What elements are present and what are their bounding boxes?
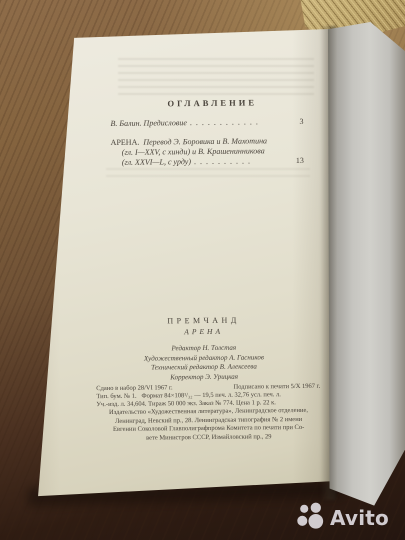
author-name: ПРЕМЧАНД (103, 315, 303, 326)
editorial-credits: Редактор Н. Толстая Художественный редак… (84, 343, 324, 384)
dot-leader: . . . . . . . . . . (191, 156, 296, 167)
avito-wordmark: Avito (330, 506, 389, 530)
avito-logo-icon (296, 502, 325, 534)
table-of-contents: В. Балин. Предисловие . . . . . . . . . … (110, 117, 304, 168)
colophon-title-block: ПРЕМЧАНД АРЕНА (103, 315, 303, 337)
dot-leader: . . . . . . . . . . . . (187, 117, 300, 128)
toc-entry-label: В. Балин. Предисловие (110, 118, 187, 129)
book-photo: ОГЛАВЛЕНИЕ В. Балин. Предисловие . . . .… (0, 0, 405, 540)
contents-heading: ОГЛАВЛЕНИЕ (112, 97, 312, 109)
toc-entry: (гл. XXVI—L, с урду) . . . . . . . . . .… (122, 156, 304, 168)
avito-watermark: Avito (296, 502, 389, 534)
imprint-date-print: Подписано к печати 5/X 1967 г. (233, 383, 320, 392)
toc-entry: В. Балин. Предисловие . . . . . . . . . … (110, 117, 303, 129)
toc-page-number: 3 (299, 117, 303, 127)
publisher-block: Издательство «Художественная литература»… (91, 407, 325, 443)
toc-page-number: 13 (296, 156, 304, 166)
book-title: АРЕНА (104, 326, 304, 337)
toc-entry-label: (гл. XXVI—L, с урду) (122, 157, 191, 168)
credit-line: Корректор Э. Урицкая (84, 371, 324, 383)
toc-entry-title: АРЕНА. (111, 138, 140, 148)
printed-page-content: ОГЛАВЛЕНИЕ В. Балин. Предисловие . . . .… (0, 0, 405, 540)
imprint-block: Сдано в набор 28/VI 1967 г. Подписано к … (96, 383, 320, 409)
